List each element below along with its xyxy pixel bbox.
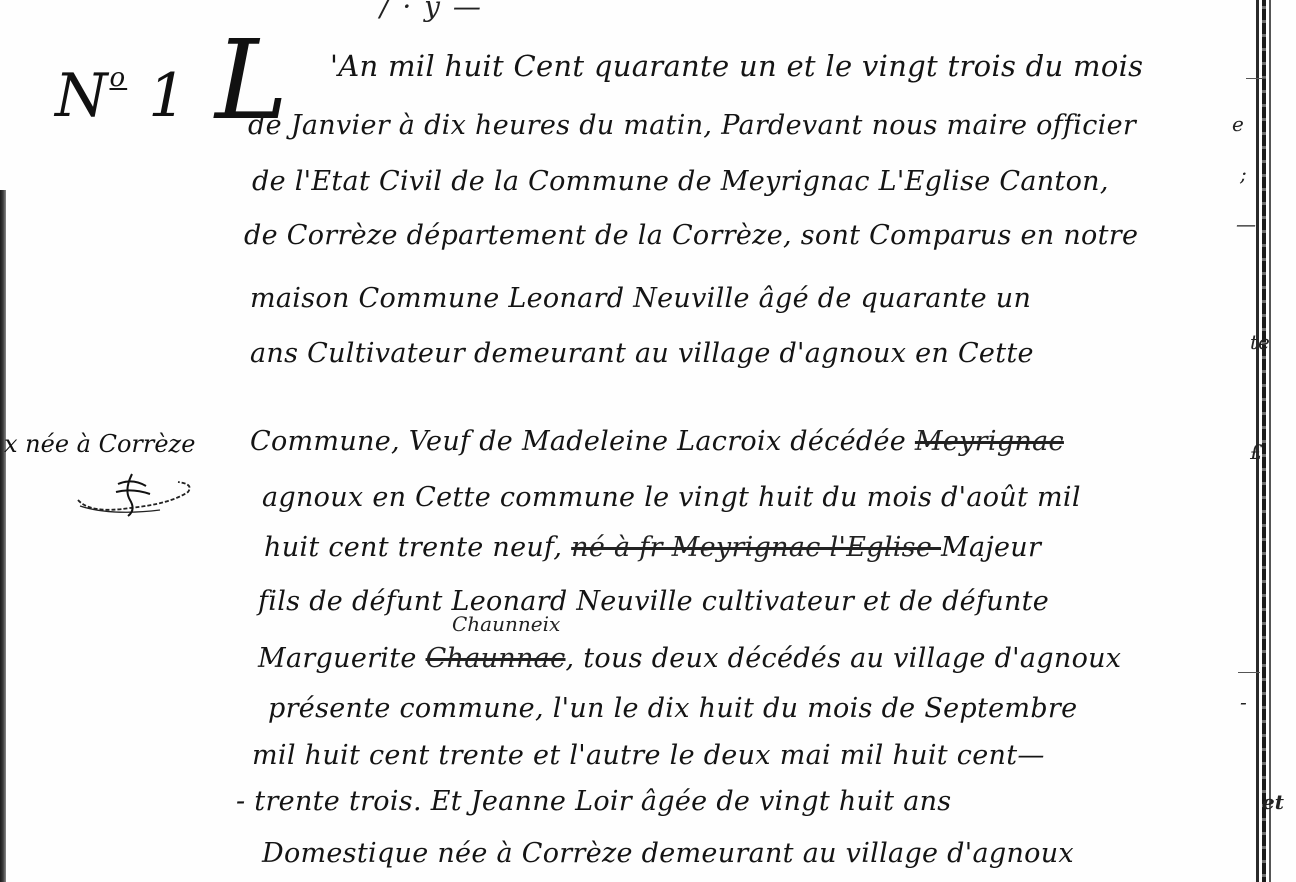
text-line-5: maison Commune Leonard Neuville âgé de q…: [250, 285, 1031, 312]
margin-mark: —: [1236, 212, 1256, 236]
line-text: Marguerite: [258, 643, 426, 674]
text-line-4: de Corrèze département de la Corrèze, so…: [244, 222, 1138, 249]
line-text: - trente trois. Et Jeanne Loir âgée de v…: [236, 786, 951, 817]
margin-dash: [1238, 672, 1260, 673]
text-line-10: fils de défunt Leonard Neuville cultivat…: [258, 588, 1049, 615]
text-line-1: 'An mil huit Cent quarante un et le ving…: [330, 52, 1143, 81]
text-line-15: Domestique née à Corrèze demeurant au vi…: [262, 840, 1074, 867]
left-binding-edge: [0, 190, 6, 882]
margin-mark: -: [1240, 690, 1247, 714]
line-text: maison Commune Leonard Neuville âgé de q…: [250, 283, 1031, 314]
line-text: de Corrèze département de la Corrèze, so…: [244, 220, 1138, 251]
margin-mark: ;: [1240, 162, 1247, 186]
margin-mark: £: [1250, 440, 1263, 464]
interlinear-insertion: Chaunneix: [452, 612, 560, 636]
text-line-6: ans Cultivateur demeurant au village d'a…: [250, 340, 1034, 367]
margin-mark: te: [1250, 330, 1270, 354]
text-line-14: - trente trois. Et Jeanne Loir âgée de v…: [236, 788, 951, 815]
margin-mark: et: [1262, 790, 1284, 814]
register-page: / · y — No 1 L x née à Corrèze 'An mil h…: [0, 0, 1296, 882]
line-text: Commune, Veuf de Madeleine Lacroix décéd…: [250, 426, 915, 457]
line-text: Domestique née à Corrèze demeurant au vi…: [262, 838, 1074, 869]
text-line-13: mil huit cent trente et l'autre le deux …: [252, 742, 1045, 769]
struck-phrase: né à fr Meyrignac l'Eglise: [571, 532, 941, 563]
paraph-signature-icon: [70, 470, 200, 520]
act-number: No 1: [55, 65, 188, 126]
act-number-prefix: N: [55, 61, 110, 131]
line-text: de l'Etat Civil de la Commune de Meyrign…: [252, 166, 1109, 197]
margin-dash: [1246, 78, 1266, 79]
text-line-3: de l'Etat Civil de la Commune de Meyrign…: [252, 168, 1109, 195]
text-line-2: de Janvier à dix heures du matin, Pardev…: [248, 112, 1136, 139]
text-line-8: agnoux en Cette commune le vingt huit du…: [262, 484, 1081, 511]
line-text: 'An mil huit Cent quarante un et le ving…: [330, 49, 1143, 83]
text-line-9: huit cent trente neuf, né à fr Meyrignac…: [264, 534, 1041, 561]
act-number-superscript: o: [110, 63, 128, 93]
line-text: Majeur: [941, 532, 1041, 563]
text-line-11: Marguerite Chaunnac, tous deux décédés a…: [258, 645, 1121, 672]
text-line-12: présente commune, l'un le dix huit du mo…: [268, 695, 1077, 722]
line-text: , tous deux décédés au village d'agnoux: [566, 643, 1122, 674]
margin-mark: e: [1232, 112, 1244, 136]
line-text: fils de défunt Leonard Neuville cultivat…: [258, 586, 1049, 617]
act-number-value: 1: [148, 61, 188, 131]
struck-word: Meyrignac: [915, 426, 1064, 457]
margin-rule: [1269, 0, 1271, 882]
line-text: huit cent trente neuf,: [264, 532, 571, 563]
previous-entry-fragment: / · y —: [380, 0, 483, 23]
line-text: présente commune, l'un le dix huit du mo…: [268, 693, 1077, 724]
line-text: mil huit cent trente et l'autre le deux …: [252, 740, 1045, 771]
struck-word: Chaunnac: [426, 643, 566, 674]
line-text: de Janvier à dix heures du matin, Pardev…: [248, 110, 1136, 141]
line-text: ans Cultivateur demeurant au village d'a…: [250, 338, 1034, 369]
line-text: agnoux en Cette commune le vingt huit du…: [262, 482, 1081, 513]
text-line-7: Commune, Veuf de Madeleine Lacroix décéd…: [250, 428, 1064, 455]
margin-annotation: x née à Corrèze: [4, 430, 195, 458]
